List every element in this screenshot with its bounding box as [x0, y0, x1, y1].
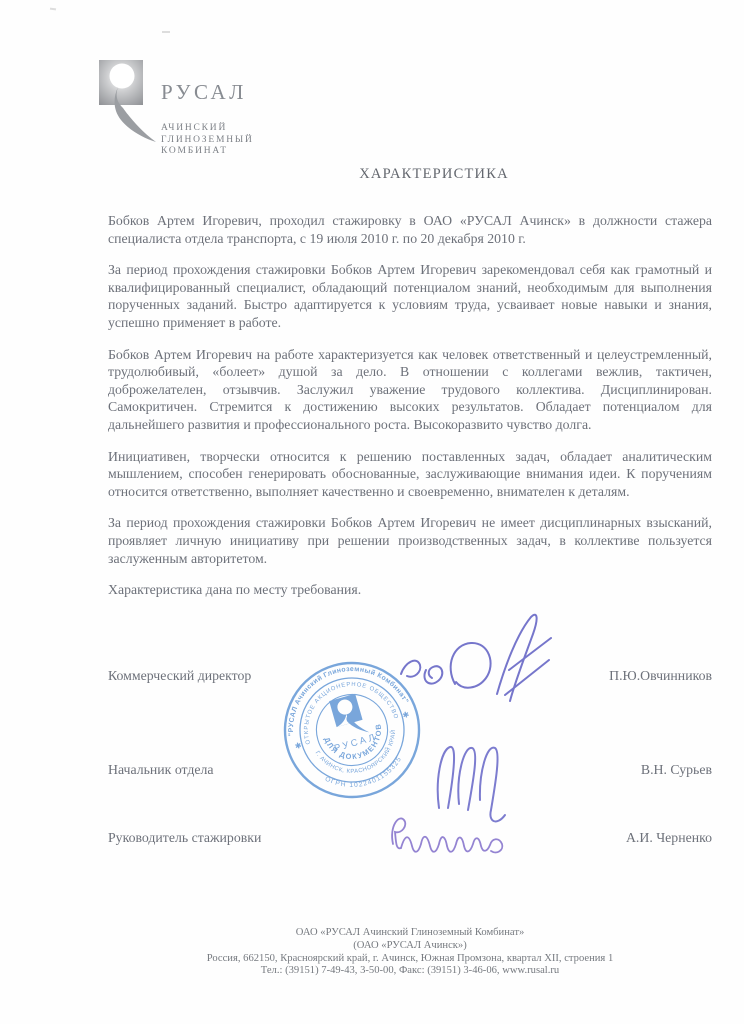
position-title: Коммерческий директор [108, 668, 251, 684]
division-line: КОМБИНАТ [161, 146, 254, 158]
rusal-logo-icon [97, 57, 161, 156]
paragraph: За период прохождения стажировки Бобков … [108, 514, 712, 567]
footer-line: (ОАО «РУСАЛ Ачинск») [108, 940, 712, 953]
brand-wordmark: РУСАЛ [161, 80, 247, 105]
document-body: Бобков Артем Игоревич, проходил стажиров… [108, 212, 712, 613]
document-footer: ОАО «РУСАЛ Ачинский Глиноземный Комбинат… [108, 927, 712, 978]
position-title: Руководитель стажировки [108, 830, 261, 846]
position-title: Начальник отдела [108, 762, 214, 778]
footer-line: ОАО «РУСАЛ Ачинский Глиноземный Комбинат… [108, 927, 712, 940]
footer-line: Тел.: (39151) 7-49-43, 3-50-00, Факс: (3… [108, 965, 712, 978]
footer-line: Россия, 662150, Красноярский край, г. Ач… [108, 953, 712, 966]
closing-line: Характеристика дана по месту требования. [108, 581, 712, 599]
paragraph: Бобков Артем Игоревич на работе характер… [108, 346, 712, 434]
signatory-name: А.И. Черненко [626, 830, 712, 846]
paragraph: Инициативен, творчески относится к решен… [108, 448, 712, 501]
signatory-name: П.Ю.Овчинников [609, 668, 712, 684]
company-stamp: "РУСАЛ Ачинский Глиноземный Комбинат" ОГ… [279, 657, 425, 803]
paragraph: Бобков Артем Игоревич, проходил стажиров… [108, 212, 712, 247]
division-line: ГЛИНОЗЕМНЫЙ [161, 135, 254, 147]
document-title: ХАРАКТЕРИСТИКА [108, 166, 712, 183]
division-name: АЧИНСКИЙ ГЛИНОЗЕМНЫЙ КОМБИНАТ [161, 123, 254, 158]
stamp-star-icon: ✱ [402, 710, 411, 721]
internship-supervisor-signature-scribble [383, 810, 533, 862]
paragraph: За период прохождения стажировки Бобков … [108, 261, 712, 331]
division-line: АЧИНСКИЙ [161, 123, 254, 135]
stamp-logo-icon [329, 693, 369, 741]
scan-artifact [50, 8, 56, 11]
signatory-name: В.Н. Сурьев [641, 762, 712, 778]
scan-artifact [162, 31, 170, 33]
scanned-document-page: РУСАЛ АЧИНСКИЙ ГЛИНОЗЕМНЫЙ КОМБИНАТ ХАРА… [0, 0, 744, 1024]
